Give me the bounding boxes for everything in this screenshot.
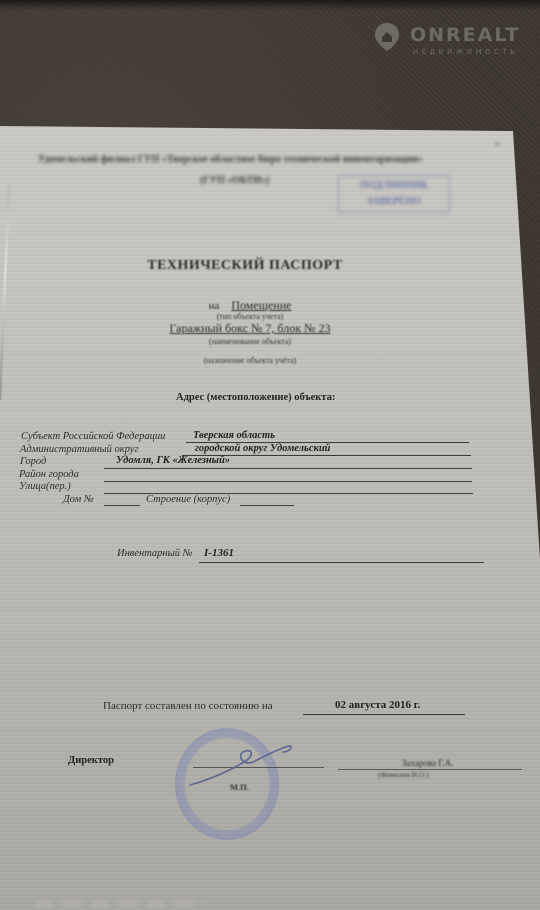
watermark: ONREALT НЕДВИЖИМОСТЬ bbox=[372, 22, 532, 58]
house-line bbox=[104, 505, 140, 506]
object-type-prefix: на bbox=[209, 300, 220, 312]
document-title: ТЕХНИЧЕСКИЙ ПАСПОРТ bbox=[0, 258, 490, 274]
object-purpose-caption: (назначение объекта учёта) bbox=[0, 356, 500, 365]
address-label-district: Административный округ bbox=[20, 444, 139, 455]
building-label: Строение (корпус) bbox=[146, 494, 230, 505]
signatory-role: Директор bbox=[68, 755, 114, 766]
as-of-line bbox=[303, 714, 465, 715]
as-of-label: Паспорт составлен по состоянию на bbox=[103, 700, 273, 712]
issuer-header: Удомельский филиал ГУП «Тверское областн… bbox=[38, 154, 423, 165]
paper-crease bbox=[0, 185, 11, 400]
inventory-value: I-1361 bbox=[204, 547, 234, 559]
inventory-label: Инвентарный № bbox=[117, 548, 193, 559]
object-type-caption: (тип объекта учета) bbox=[0, 312, 500, 321]
seal-label: М.П. bbox=[230, 782, 249, 792]
stamp-line-1: ПОДЛИННИК bbox=[339, 178, 449, 194]
object-name: Гаражный бокс № 7, блок № 23 bbox=[0, 321, 500, 336]
stamp-line-2: ЗАВЕРЕНО bbox=[339, 194, 449, 210]
background-shadow bbox=[0, 0, 540, 10]
watermark-brand: ONREALT bbox=[410, 24, 520, 46]
address-value-city: Удомля, ГК «Железный» bbox=[116, 455, 230, 466]
house-label: Дом № bbox=[63, 494, 94, 505]
paper-mark bbox=[494, 141, 500, 147]
address-value-subject: Тверская область bbox=[193, 430, 275, 441]
as-of-date: 02 августа 2016 г. bbox=[335, 699, 420, 711]
issuer-subheader: (ГУП «ОБТИ») bbox=[200, 175, 269, 186]
document-page: Удомельский филиал ГУП «Тверское областн… bbox=[0, 0, 540, 910]
address-label-city: Город bbox=[20, 456, 46, 467]
signatory-name-caption: (Фамилия И.О.) bbox=[378, 770, 429, 779]
inventory-line bbox=[199, 562, 484, 563]
map-pin-house-icon bbox=[374, 22, 400, 52]
signatory-name: Захарова Г.А. bbox=[402, 758, 453, 768]
address-line-city bbox=[104, 468, 472, 469]
address-label-street: Улица(пер.) bbox=[19, 481, 71, 492]
address-heading: Адрес (местоположение) объекта: bbox=[176, 392, 335, 403]
object-type-line: наПомещение bbox=[0, 298, 500, 313]
address-label-city-area: Район города bbox=[19, 469, 79, 480]
next-page-text bbox=[34, 900, 204, 908]
building-line bbox=[240, 505, 294, 506]
watermark-tagline: НЕДВИЖИМОСТЬ bbox=[413, 48, 519, 56]
certification-stamp: ПОДЛИННИК ЗАВЕРЕНО bbox=[338, 175, 450, 213]
object-name-caption: (наименование объекта) bbox=[0, 337, 500, 346]
address-label-subject: Субъект Российской Федерации bbox=[21, 431, 165, 442]
signatory-name-line bbox=[338, 769, 522, 770]
address-line-city-area bbox=[104, 481, 472, 482]
object-type: Помещение bbox=[231, 298, 291, 312]
address-value-district: городской округ Удомельский bbox=[195, 443, 331, 454]
